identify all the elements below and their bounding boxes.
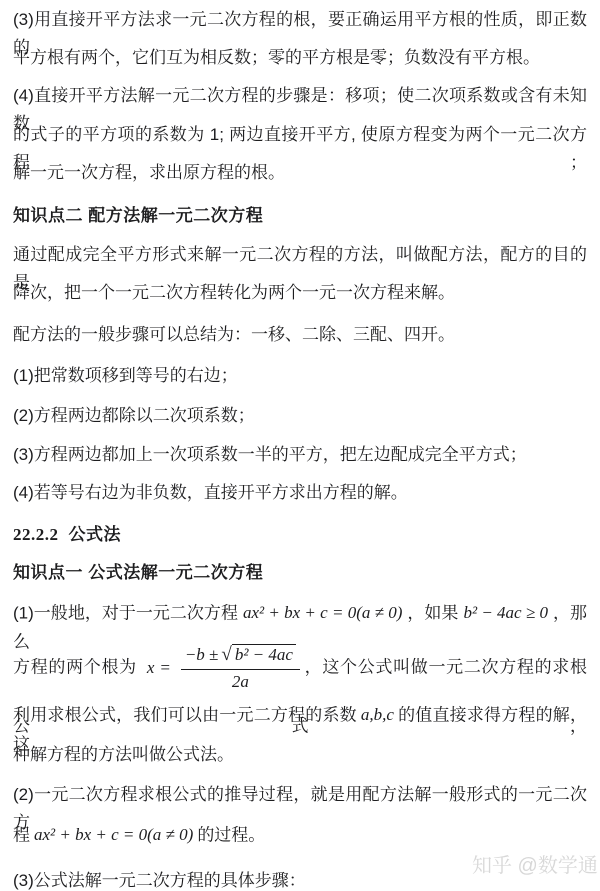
coefficients-abc: a,b,c [361,705,394,724]
inline-formula-quadratic: ax² + bx + c = 0(a ≠ 0) [34,825,193,844]
inline-formula-quadratic: ax² + bx + c = 0(a ≠ 0) [243,603,402,622]
text-segment: (1)一般地，对于一元二次方程 [13,604,238,623]
body-line: 解一元一次方程，求出原方程的根。 [13,159,587,187]
document-page: (3)用直接开平方法求一元二次方程的根，要正确运用平方根的性质，即正数的 平方根… [0,0,600,891]
fraction-numerator: −b ±√b² − 4ac [181,643,300,670]
formula-x-equals: x = [147,658,171,677]
section-heading-2222: 22.2.2公式法 [13,521,587,549]
body-line: 平方根有两个，它们互为相反数；零的平方根是零；负数没有平方根。 [13,44,587,72]
section-title: 公式法 [69,525,122,544]
text-segment: 利用求根公式，我们可以由一元二方程的系数 [13,706,357,725]
body-line-with-math: 程ax² + bx + c = 0(a ≠ 0)的过程。 [13,821,587,850]
list-item-3: (3)方程两边都加上一次项系数一半的平方，把左边配成完全平方式； [13,441,587,469]
text-segment: ，如果 [407,604,458,623]
section-heading-kp1: 知识点一 公式法解一元二次方程 [13,559,587,587]
body-line: 配方法的一般步骤可以总结为：一移、二除、三配、四开。 [13,321,587,349]
list-item-4: (4)若等号右边为非负数，直接开平方求出方程的解。 [13,479,587,507]
numerator-prefix: −b ± [185,645,219,664]
list-item-2: (2)方程两边都除以二次项系数； [13,402,587,430]
inline-formula-discriminant: b² − 4ac ≥ 0 [463,603,548,622]
text-segment: 的过程。 [197,826,265,845]
text-segment: 方程的两个根为 [13,658,137,677]
section-heading-kp2: 知识点二 配方法解一元二次方程 [13,202,587,230]
text-segment: 程 [13,826,30,845]
body-line: 降次，把一个一元二次方程转化为两个一元一次方程来解。 [13,279,587,307]
fraction-denominator: 2a [232,670,249,692]
radical-sign: √ [221,644,231,665]
list-item-1: (1)把常数项移到等号的右边； [13,362,587,390]
zhihu-watermark: 知乎 @数学通 [472,854,598,878]
quadratic-formula-fraction: −b ±√b² − 4ac2a [181,643,300,692]
radicand: b² − 4ac [232,644,296,664]
section-number: 22.2.2 [13,525,59,544]
body-line: 种解方程的方法叫做公式法。 [13,741,587,769]
